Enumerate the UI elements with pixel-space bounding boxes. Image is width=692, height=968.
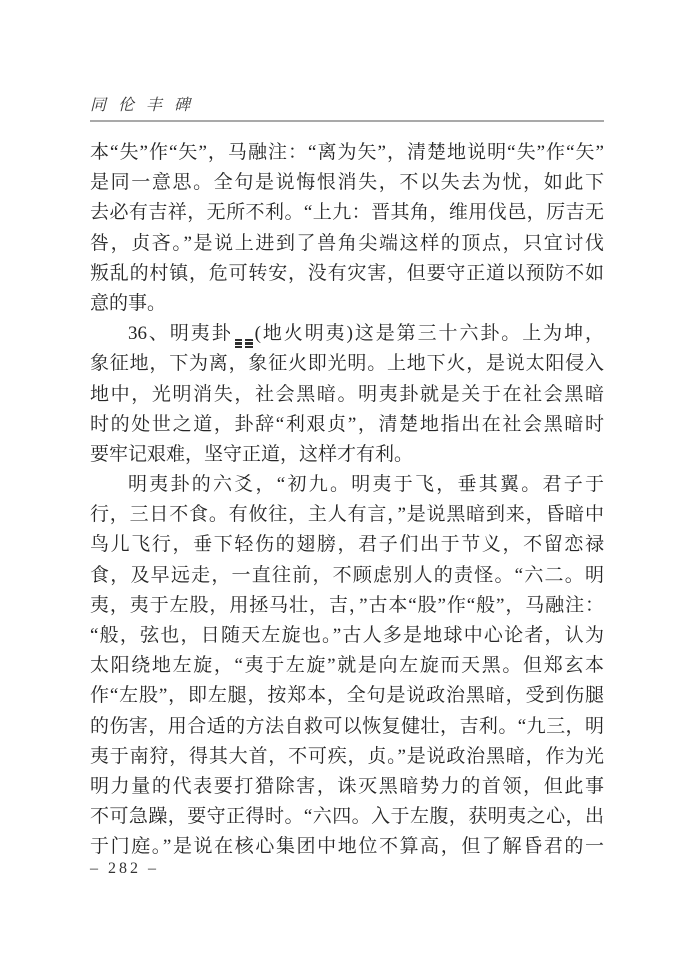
yin-line [235,346,253,348]
text-line: 鸟儿飞行，垂下轻伤的翅膀，君子们出于节义，不留恋禄 [90,530,604,560]
text-line: 地中，光明消失，社会黑暗。明夷卦就是关于在社会黑暗 [90,380,604,410]
text-line: 象征地，下为离，象征火即光明。上地下火，是说太阳侵入 [90,349,604,379]
text-line: 太阳绕地左旋，“夷于左旋”就是向左旋而天黑。但郑玄本 [90,651,604,681]
running-header-title: 同伦丰碑 [90,97,202,114]
text-line: 食，及早远走，一直往前，不顾虑别人的责怪。“六二。明 [90,561,604,591]
text-line: 时的处世之道，卦辞“利艰贞”，清楚地指出在社会黑暗时 [90,410,604,440]
text-line: 的伤害，用合适的方法自救可以恢复健壮，吉利。“九三，明 [90,712,604,742]
body-text: 本“失”作“矢”，马融注：“离为矢”，清楚地说明“失”作“矢”是同一意思。全句是… [90,138,604,863]
text-line: 咎，贞吝。”是说上进到了兽角尖端这样的顶点，只宜讨伐 [90,229,604,259]
yin-line [235,339,253,341]
hexagram-mingyi-icon [235,339,253,350]
text-segment: (地火明夷)这是第三十六卦。上为坤， [255,323,604,344]
text-line: 明力量的代表要打猎除害，诛灭黑暗势力的首领，但此事 [90,772,604,802]
text-line: 要牢记艰难，坚守正道，这样才有利。 [90,440,604,470]
text-line: “般，弦也，日随天左旋也。”古人多是地球中心论者，认为 [90,621,604,651]
text-line: 夷于南狩，得其大首，不可疾，贞。”是说政治黑暗，作为光 [90,742,604,772]
text-line: 不可急躁，要守正得时。“六四。入于左腹，获明夷之心，出 [90,802,604,832]
text-line: 意的事。 [90,289,604,319]
running-header: 同伦丰碑 [90,92,202,115]
text-line: 作“左股”，即左腿，按郑本，全句是说政治黑暗，受到伤腿 [90,681,604,711]
book-page: 同伦丰碑 本“失”作“矢”，马融注：“离为矢”，清楚地说明“失”作“矢”是同一意… [0,0,692,968]
header-rule-divider [90,120,604,122]
text-line: 夷，夷于左股，用拯马壮，吉，”古本“股”作“般”，马融注： [90,591,604,621]
text-line: 明夷卦的六爻，“初九。明夷于飞，垂其翼。君子于 [90,470,604,500]
yin-line [235,342,253,344]
text-line: 行，三日不食。有攸往，主人有言，”是说黑暗到来，昏暗中 [90,500,604,530]
page-footer: – 282 – [90,860,159,878]
text-line: 本“失”作“矢”，马融注：“离为矢”，清楚地说明“失”作“矢” [90,138,604,168]
text-segment: 36、明夷卦 [128,323,233,344]
page-number: – 282 – [90,860,159,877]
text-line: 叛乱的村镇，危可转安，没有灾害，但要守正道以预防不如 [90,259,604,289]
text-line: 是同一意思。全句是说悔恨消失，不以失去为忧，如此下 [90,168,604,198]
text-line: 36、明夷卦(地火明夷)这是第三十六卦。上为坤， [90,319,604,349]
text-line: 于门庭。”是说在核心集团中地位不算高，但了解昏君的一 [90,832,604,862]
text-line: 去必有吉祥，无所不利。“上九：晋其角，维用伐邑，厉吉无 [90,198,604,228]
